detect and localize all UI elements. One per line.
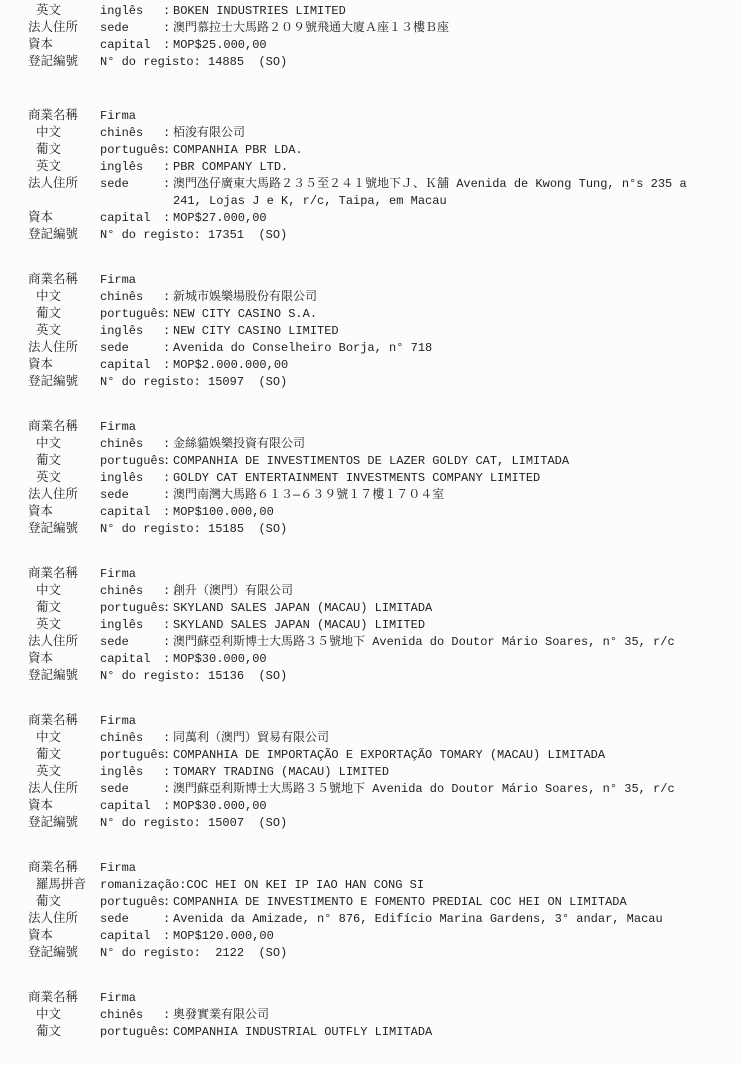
registry-entry: 商業名稱Firma中文chinês:新城市娛樂場股份有限公司葡文portuguê… [28,272,736,391]
field-label-zh: 法人住所 [28,781,100,798]
field-label-zh: 登記編號 [28,815,100,832]
entry-row: 中文chinês:栢浚有限公司 [28,125,736,142]
field-label-zh: 中文 [28,1007,100,1024]
colon-separator: : [163,504,173,521]
field-label-zh: 英文 [28,159,100,176]
field-label-zh: 葡文 [28,142,100,159]
field-label-zh: 資本 [28,504,100,521]
entry-row: 法人住所sede:Avenida do Conselheiro Borja, n… [28,340,736,357]
field-label-zh: 羅馬拼音 [28,877,100,894]
field-value: 15007 (SO) [201,815,736,832]
registry-entry: 商業名稱Firma中文chinês:栢浚有限公司葡文português:COMP… [28,108,736,244]
field-label-zh: 葡文 [28,894,100,911]
entry-row: 商業名稱Firma [28,990,736,1007]
field-label-zh: 資本 [28,37,100,54]
field-label-zh: 英文 [28,470,100,487]
document-page: 英文inglês:BOKEN INDUSTRIES LIMITED法人住所sed… [0,0,742,1065]
entry-row: 資本capital:MOP$27.000,00 [28,210,736,227]
colon-separator: : [163,764,173,781]
field-label-pt: chinês [100,436,163,453]
entry-row: 葡文português:COMPANHIA DE IMPORTAÇÃO E EX… [28,747,736,764]
entry-row: 登記編號N° do registo: 15185 (SO) [28,521,736,538]
colon-separator: : [163,798,173,815]
field-label-zh: 法人住所 [28,634,100,651]
entry-row: 中文chinês:金絲貓娛樂投資有限公司 [28,436,736,453]
field-label-zh: 商業名稱 [28,860,100,877]
field-label-pt: português [100,453,163,470]
field-label-pt: capital [100,798,163,815]
field-label-pt: capital [100,504,163,521]
registry-entry: 商業名稱Firma中文chinês:創升（澳門）有限公司葡文português:… [28,566,736,685]
field-value: COMPANHIA DE IMPORTAÇÃO E EXPORTAÇÃO TOM… [173,747,736,764]
field-label-zh: 登記編號 [28,945,100,962]
colon-separator: : [163,747,173,764]
field-value: 同萬利（澳門）貿易有限公司 [173,730,736,747]
field-value: SKYLAND SALES JAPAN (MACAU) LIMITADA [173,600,736,617]
colon-separator: : [163,894,173,911]
field-value: MOP$2.000.000,00 [173,357,736,374]
field-label-pt: N° do registo: [100,227,201,244]
registry-entry: 英文inglês:BOKEN INDUSTRIES LIMITED法人住所sed… [28,3,736,71]
entry-row: 資本capital:MOP$100.000,00 [28,504,736,521]
entry-row: 英文inglês:TOMARY TRADING (MACAU) LIMITED [28,764,736,781]
field-label-pt: chinês [100,583,163,600]
field-label-zh: 中文 [28,583,100,600]
entry-row: 登記編號N° do registo: 14885 (SO) [28,54,736,71]
field-value: MOP$30.000,00 [173,798,736,815]
field-value: 澳門氹仔廣東大馬路２３５至２４１號地下Ｊ、Ｋ舖 Avenida de Kwong… [173,176,736,193]
colon-separator: : [163,340,173,357]
field-label-zh: 英文 [28,617,100,634]
field-label-pt: sede [100,634,163,651]
field-label-pt: português [100,600,163,617]
field-label-zh: 葡文 [28,747,100,764]
entry-row: 中文chinês:同萬利（澳門）貿易有限公司 [28,730,736,747]
field-value: 14885 (SO) [201,54,736,71]
field-label-pt: chinês [100,1007,163,1024]
field-label-pt: capital [100,210,163,227]
entry-row: 葡文português:SKYLAND SALES JAPAN (MACAU) … [28,600,736,617]
entry-row: 法人住所sede:澳門慕拉士大馬路２０９號飛通大廈Ａ座１３樓Ｂ座 [28,20,736,37]
field-label-pt: Firma [100,566,163,583]
field-value: BOKEN INDUSTRIES LIMITED [173,3,736,20]
entry-row: 葡文português:COMPANHIA DE INVESTIMENTOS D… [28,453,736,470]
field-value: MOP$27.000,00 [173,210,736,227]
field-label-zh: 中文 [28,730,100,747]
entry-row: 葡文português:COMPANHIA DE INVESTIMENTO E … [28,894,736,911]
field-label-pt: N° do registo: [100,945,201,962]
field-label-zh: 登記編號 [28,668,100,685]
field-value: 澳門蘇亞利斯博士大馬路３５號地下 Avenida do Doutor Mário… [173,781,736,798]
field-label-pt: inglês [100,159,163,176]
colon-separator: : [163,911,173,928]
field-label-zh: 法人住所 [28,911,100,928]
field-label-zh: 葡文 [28,306,100,323]
field-label-pt: chinês [100,730,163,747]
field-label-pt: sede [100,781,163,798]
field-label-pt: português [100,894,163,911]
entry-row: 商業名稱Firma [28,713,736,730]
colon-separator: : [163,470,173,487]
entry-row: 商業名稱Firma [28,272,736,289]
field-label-zh: 商業名稱 [28,990,100,1007]
entry-row: 中文chinês:新城市娛樂場股份有限公司 [28,289,736,306]
entry-row: 登記編號N° do registo: 17351 (SO) [28,227,736,244]
field-value: PBR COMPANY LTD. [173,159,736,176]
field-label-pt: capital [100,357,163,374]
field-label-zh: 資本 [28,798,100,815]
field-value: 創升（澳門）有限公司 [173,583,736,600]
entry-row: 中文chinês:奧發實業有限公司 [28,1007,736,1024]
entry-row: 登記編號N° do registo: 15097 (SO) [28,374,736,391]
field-value: 15097 (SO) [201,374,736,391]
field-label-pt: Firma [100,108,163,125]
field-label-pt: N° do registo: [100,815,201,832]
registry-entry: 商業名稱Firma羅馬拼音romanização:COC HEI ON KEI … [28,860,736,962]
field-label-zh: 英文 [28,323,100,340]
entry-row: 英文inglês:PBR COMPANY LTD. [28,159,736,176]
field-value: 17351 (SO) [201,227,736,244]
colon-separator: : [163,357,173,374]
colon-separator: : [163,487,173,504]
field-label-zh: 中文 [28,436,100,453]
field-value: 15185 (SO) [201,521,736,538]
field-label-zh: 商業名稱 [28,566,100,583]
field-label-pt: N° do registo: [100,668,201,685]
registry-entry: 商業名稱Firma中文chinês:同萬利（澳門）貿易有限公司葡文portugu… [28,713,736,832]
field-value: 澳門南灣大馬路６１３—６３９號１７樓１７０４室 [173,487,736,504]
field-value: SKYLAND SALES JAPAN (MACAU) LIMITED [173,617,736,634]
entry-row: 法人住所sede:澳門蘇亞利斯博士大馬路３５號地下 Avenida do Dou… [28,634,736,651]
colon-separator: : [163,1024,173,1041]
field-label-zh: 商業名稱 [28,419,100,436]
field-value: Avenida da Amizade, n° 876, Edifício Mar… [173,911,736,928]
colon-separator: : [163,125,173,142]
colon-separator: : [163,634,173,651]
field-label-pt: sede [100,487,163,504]
entry-row: 商業名稱Firma [28,566,736,583]
colon-separator: : [163,928,173,945]
field-label-zh: 葡文 [28,453,100,470]
field-label-zh: 資本 [28,210,100,227]
colon-separator: : [163,210,173,227]
colon-separator: : [163,617,173,634]
field-label-pt: inglês [100,470,163,487]
entry-row: 登記編號N° do registo: 2122 (SO) [28,945,736,962]
field-label-zh: 法人住所 [28,176,100,193]
field-label-zh: 資本 [28,928,100,945]
entry-row: 資本capital:MOP$120.000,00 [28,928,736,945]
field-label-pt: português [100,747,163,764]
field-label-zh: 資本 [28,357,100,374]
entry-row: 商業名稱Firma [28,108,736,125]
field-value: 澳門慕拉士大馬路２０９號飛通大廈Ａ座１３樓Ｂ座 [173,20,736,37]
field-label-pt: capital [100,928,163,945]
colon-separator: : [163,436,173,453]
field-value: 澳門蘇亞利斯博士大馬路３５號地下 Avenida do Doutor Mário… [173,634,736,651]
field-label-pt: inglês [100,617,163,634]
field-label-pt: inglês [100,3,163,20]
entry-row: 資本capital:MOP$2.000.000,00 [28,357,736,374]
entry-row: 英文inglês:BOKEN INDUSTRIES LIMITED [28,3,736,20]
field-label-pt: inglês [100,764,163,781]
field-value: TOMARY TRADING (MACAU) LIMITED [173,764,736,781]
entry-row: 資本capital:MOP$25.000,00 [28,37,736,54]
field-label-pt: sede [100,176,163,193]
colon-separator: : [163,142,173,159]
field-label-zh: 英文 [28,764,100,781]
colon-separator: : [163,289,173,306]
field-value: NEW CITY CASINO S.A. [173,306,736,323]
colon-separator: : [163,583,173,600]
colon-separator: : [163,730,173,747]
colon-separator: : [163,3,173,20]
field-label-pt: Firma [100,272,163,289]
entry-row: 英文inglês:SKYLAND SALES JAPAN (MACAU) LIM… [28,617,736,634]
colon-separator: : [163,306,173,323]
colon-separator: : [163,453,173,470]
field-value: NEW CITY CASINO LIMITED [173,323,736,340]
field-label-zh: 商業名稱 [28,272,100,289]
colon-separator: : [163,651,173,668]
entry-row: 葡文português:COMPANHIA PBR LDA. [28,142,736,159]
field-label-zh: 法人住所 [28,340,100,357]
entry-row: 法人住所sede:澳門南灣大馬路６１３—６３９號１７樓１７０４室 [28,487,736,504]
field-value: MOP$100.000,00 [173,504,736,521]
field-value: 241, Lojas J e K, r/c, Taipa, em Macau [173,193,736,210]
entry-row: 羅馬拼音romanização:COC HEI ON KEI IP IAO HA… [28,877,736,894]
field-label-zh: 登記編號 [28,374,100,391]
entry-row: 英文inglês:GOLDY CAT ENTERTAINMENT INVESTM… [28,470,736,487]
field-label-zh: 中文 [28,289,100,306]
entry-row: 中文chinês:創升（澳門）有限公司 [28,583,736,600]
field-label-pt: português [100,142,163,159]
field-value: MOP$25.000,00 [173,37,736,54]
field-value: 奧發實業有限公司 [173,1007,736,1024]
field-value: GOLDY CAT ENTERTAINMENT INVESTMENTS COMP… [173,470,736,487]
colon-separator: : [163,159,173,176]
entry-row: 商業名稱Firma [28,419,736,436]
colon-separator: : [163,1007,173,1024]
field-label-pt: Firma [100,990,163,1007]
entry-row: 241, Lojas J e K, r/c, Taipa, em Macau [28,193,736,210]
colon-separator: : [163,600,173,617]
field-value: 2122 (SO) [201,945,736,962]
field-value: Avenida do Conselheiro Borja, n° 718 [173,340,736,357]
field-label-zh: 葡文 [28,1024,100,1041]
field-label-zh: 中文 [28,125,100,142]
entry-row: 英文inglês:NEW CITY CASINO LIMITED [28,323,736,340]
entry-row: 資本capital:MOP$30.000,00 [28,651,736,668]
field-value: COC HEI ON KEI IP IAO HAN CONG SI [186,877,736,894]
field-label-zh: 登記編號 [28,227,100,244]
field-label-zh: 登記編號 [28,54,100,71]
field-value: 15136 (SO) [201,668,736,685]
field-value: MOP$30.000,00 [173,651,736,668]
field-label-pt: sede [100,20,163,37]
colon-separator: : [163,37,173,54]
field-value: MOP$120.000,00 [173,928,736,945]
field-label-pt: capital [100,37,163,54]
field-label-pt: português [100,306,163,323]
field-label-pt: N° do registo: [100,54,201,71]
field-value: COMPANHIA INDUSTRIAL OUTFLY LIMITADA [173,1024,736,1041]
field-label-pt: Firma [100,713,163,730]
colon-separator: : [163,781,173,798]
field-label-pt: N° do registo: [100,374,201,391]
colon-separator: : [163,176,173,193]
colon-separator: : [163,20,173,37]
entry-row: 法人住所sede:澳門蘇亞利斯博士大馬路３５號地下 Avenida do Dou… [28,781,736,798]
field-value: COMPANHIA DE INVESTIMENTO E FOMENTO PRED… [173,894,736,911]
registry-entry: 商業名稱Firma中文chinês:金絲貓娛樂投資有限公司葡文português… [28,419,736,538]
entry-row: 法人住所sede:Avenida da Amizade, n° 876, Edi… [28,911,736,928]
field-label-zh: 法人住所 [28,20,100,37]
field-label-pt: Firma [100,860,163,877]
field-label-pt: Firma [100,419,163,436]
field-label-pt: inglês [100,323,163,340]
field-value: 栢浚有限公司 [173,125,736,142]
field-label-zh: 資本 [28,651,100,668]
field-label-pt: romanização: [100,877,186,894]
entry-row: 登記編號N° do registo: 15136 (SO) [28,668,736,685]
field-label-zh: 登記編號 [28,521,100,538]
entry-row: 葡文português:COMPANHIA INDUSTRIAL OUTFLY … [28,1024,736,1041]
field-label-pt: sede [100,340,163,357]
field-label-pt: capital [100,651,163,668]
entry-row: 法人住所sede:澳門氹仔廣東大馬路２３５至２４１號地下Ｊ、Ｋ舖 Avenida… [28,176,736,193]
entry-row: 葡文português:NEW CITY CASINO S.A. [28,306,736,323]
entry-row: 商業名稱Firma [28,860,736,877]
registry-entry: 商業名稱Firma中文chinês:奧發實業有限公司葡文português:CO… [28,990,736,1041]
field-label-zh: 商業名稱 [28,713,100,730]
entry-row: 資本capital:MOP$30.000,00 [28,798,736,815]
field-label-zh: 商業名稱 [28,108,100,125]
colon-separator: : [163,323,173,340]
field-label-zh: 法人住所 [28,487,100,504]
field-label-pt: N° do registo: [100,521,201,538]
field-label-pt: português [100,1024,163,1041]
field-value: 金絲貓娛樂投資有限公司 [173,436,736,453]
field-label-pt: sede [100,911,163,928]
entry-row: 登記編號N° do registo: 15007 (SO) [28,815,736,832]
field-value: 新城市娛樂場股份有限公司 [173,289,736,306]
field-label-zh: 英文 [28,3,100,20]
field-value: COMPANHIA DE INVESTIMENTOS DE LAZER GOLD… [173,453,736,470]
field-value: COMPANHIA PBR LDA. [173,142,736,159]
field-label-zh: 葡文 [28,600,100,617]
field-label-pt: chinês [100,289,163,306]
field-label-pt: chinês [100,125,163,142]
